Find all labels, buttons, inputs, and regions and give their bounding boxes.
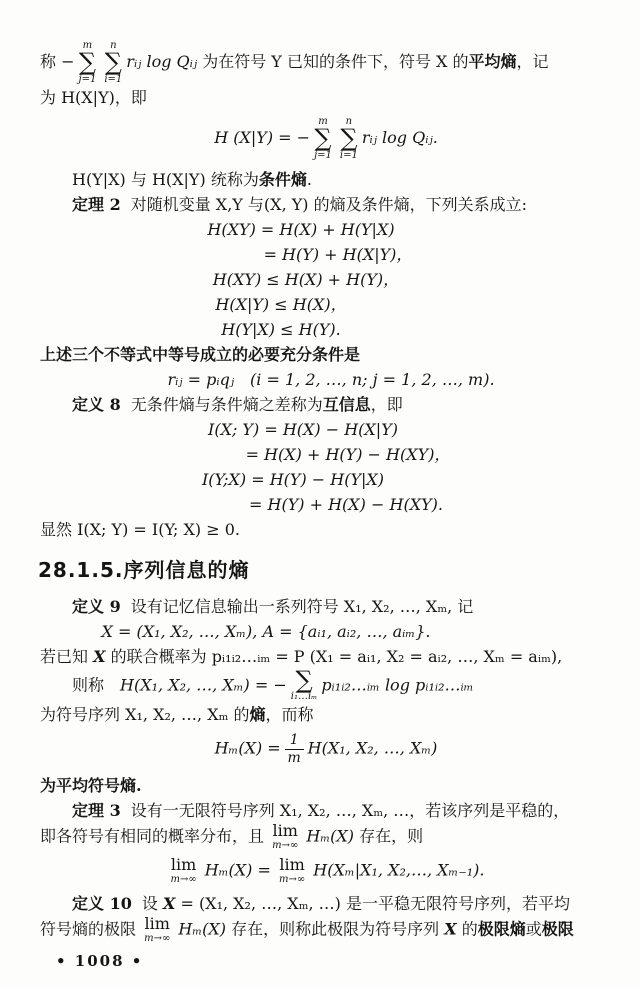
text-segment: 为符号序列 X₁, X₂, …, Xₘ 的 (40, 705, 250, 724)
fraction-denominator: m (288, 750, 301, 765)
sigma-icon: ∑ (295, 669, 312, 692)
lim-symbol: lim (144, 916, 169, 933)
definition10-statement-line2: 符号熵的极限 limm→∞ Hₘ(X) 存在，则称此极限为符号序列 X 的极限熵… (40, 916, 612, 944)
theorem2-eq3: H(XY) ≤ H(X) + H(Y)， (20, 267, 592, 292)
joint-probability-line: 若已知 X 的联合概率为 pᵢ₁ᵢ₂…ᵢₘ = P (X₁ = aᵢ₁, X₂ … (40, 644, 612, 669)
sum-lower-limit: i=1 (104, 74, 122, 85)
definition9-label: 定义 9 (72, 597, 121, 616)
definition9-text: 设有记忆信息输出一系列符号 X₁, X₂, …, Xₘ, 记 (131, 597, 474, 616)
text-segment: 的 (457, 919, 478, 938)
term-average-symbol-entropy: 平均符号熵 (56, 776, 136, 795)
sum-over-j: m∑j=1 (79, 40, 97, 85)
definition8-label: 定义 8 (72, 395, 121, 414)
theorem2-text: 对随机变量 X,Y 与(X, Y) 的熵及条件熵，下列关系成立: (131, 195, 527, 214)
fraction-one-over-m: 1m (285, 733, 304, 765)
term-entropy: 熵 (250, 705, 266, 724)
limit-operator: limm→∞ (279, 857, 305, 885)
lim-subscript: m→∞ (272, 840, 298, 851)
term-average-entropy: 平均熵 (469, 52, 517, 71)
sigma-icon: ∑ (105, 51, 122, 74)
conditional-entropy-line: H(Y|X) 与 H(X|Y) 统称为条件熵. (40, 167, 612, 192)
text-segment: 无条件熵与条件熵之差称为 (131, 395, 323, 414)
term-mutual-information: 互信息 (323, 395, 371, 414)
theorem2-eq1: H(XY) = H(X) + H(Y|X) (15, 217, 587, 242)
formula-rhs: H(X₁, X₂, …, Xₘ) (308, 739, 438, 758)
limit-operator: limm→∞ (170, 857, 196, 885)
text-segment: . (136, 776, 142, 795)
sum-over-indices: ∑i₁…iₘ (291, 669, 318, 703)
text-segment: 存在，则 (359, 827, 423, 846)
sum-over-i: n∑i=1 (340, 116, 358, 161)
term-conditional-entropy: 条件熵 (259, 170, 307, 189)
entropy-of-sequence-line: 为符号序列 X₁, X₂, …, Xₘ 的熵，而称 (40, 702, 612, 727)
text-segment: 若已知 (40, 647, 93, 666)
term-limit: 极限 (542, 919, 574, 938)
theorem3-label: 定理 3 (72, 801, 121, 820)
sum-over-j: m∑j=1 (314, 116, 332, 161)
lim-subscript: m→∞ (170, 874, 196, 885)
definition8-eq1: I(X; Y) = H(X) − H(X|Y) (17, 417, 589, 442)
theorem3-text: 设有一无限符号序列 X₁, X₂, …, Xₘ, …，若该序列是平稳的， (131, 801, 570, 820)
math-segment: Hₘ(X) = (200, 861, 276, 880)
scanned-textbook-page: 称 −m∑j=1n∑i=1rᵢⱼ log Qᵢⱼ 为在符号 Y 已知的条件下，符… (0, 0, 640, 988)
intro-line-2: 为 H(X|Y)，即 (40, 85, 612, 110)
math-segment: H(Xₘ|X₁, X₂,…, Xₘ₋₁). (308, 861, 484, 880)
limit-operator: limm→∞ (272, 823, 298, 851)
formula-lhs: H(X₁, X₂, …, Xₘ) = − (120, 675, 287, 694)
text-segment: 符号熵的极限 (40, 919, 141, 938)
sum-lower-limit: j=1 (314, 150, 332, 161)
formula-rhs: pᵢ₁ᵢ₂…ᵢₘ log pᵢ₁ᵢ₂…ᵢₘ (321, 675, 473, 694)
theorem2-label: 定理 2 (72, 195, 121, 214)
definition8-eq3: I(Y;X) = H(Y) − H(Y|X) (7, 467, 579, 492)
definition8-eq2: = H(X) + H(Y) − H(XY)， (62, 442, 634, 467)
theorem3-statement-line1: 定理 3设有一无限符号序列 X₁, X₂, …, Xₘ, …，若该序列是平稳的， (40, 798, 612, 823)
average-symbol-entropy-formula: Hₘ(X) =1mH(X₁, X₂, …, Xₘ) (40, 733, 612, 765)
lim-symbol: lim (272, 823, 297, 840)
sum-lower-limit: j=1 (79, 74, 97, 85)
formula-lhs: H (X|Y) = − (214, 128, 310, 147)
definition9-statement: 定义 9设有记忆信息输出一系列符号 X₁, X₂, …, Xₘ, 记 (40, 594, 612, 619)
vector-x-symbol: X (93, 647, 105, 666)
math-segment: rᵢⱼ log Qᵢⱼ (126, 52, 197, 71)
fraction-numerator: 1 (285, 733, 304, 750)
text-segment: . (307, 170, 312, 189)
text-segment: 或 (526, 919, 542, 938)
formula-rhs: rᵢⱼ log Qᵢⱼ. (362, 128, 438, 147)
text-segment: ，而称 (266, 705, 314, 724)
theorem2-eq5: H(Y|X) ≤ H(Y). (0, 317, 567, 342)
lim-symbol: lim (171, 857, 196, 874)
definition8-statement: 定义 8无条件熵与条件熵之差称为互信息，即 (40, 392, 612, 417)
lim-subscript: m→∞ (279, 874, 305, 885)
text-segment: 设 (142, 894, 163, 913)
theorem2-statement: 定理 2对随机变量 X,Y 与(X, Y) 的熵及条件熵，下列关系成立: (40, 192, 612, 217)
math-segment: Hₘ(X) (173, 919, 231, 938)
text-segment: = (X₁, X₂, …, Xₘ, …) 是一平稳无限符号序列，若平均 (175, 894, 570, 913)
text-segment: 存在，则称此极限为符号序列 (231, 919, 444, 938)
joint-entropy-formula: 则称 H(X₁, X₂, …, Xₘ) = −∑i₁…iₘpᵢ₁ᵢ₂…ᵢₘ lo… (40, 669, 612, 703)
math-segment: Hₘ(X) (301, 827, 359, 846)
intro-pre-text: 称 − (40, 52, 75, 71)
intro-after-text: 为在符号 Y 已知的条件下，符号 X 的 (197, 52, 468, 71)
sum-lower-limit: i=1 (340, 150, 358, 161)
text-segment: H(Y|X) 与 H(X|Y) 统称为 (72, 170, 259, 189)
sigma-icon: ∑ (79, 51, 96, 74)
text-segment: ，即 (371, 395, 403, 414)
page-number: • 1008 • (56, 949, 143, 974)
obviously-note: 显然 I(X; Y) = I(Y; X) ≥ 0. (40, 517, 612, 542)
limit-operator: limm→∞ (144, 916, 170, 944)
theorem3-limit-equation: limm→∞ Hₘ(X) = limm→∞ H(Xₘ|X₁, X₂,…, Xₘ₋… (40, 857, 612, 885)
section-heading: 28.1.5.序列信息的熵 (38, 556, 612, 584)
theorem2-eq2: = H(Y) + H(X|Y)， (52, 242, 624, 267)
definition10-statement-line1: 定义 10设 X = (X₁, X₂, …, Xₘ, …) 是一平稳无限符号序列… (40, 891, 612, 916)
formula-lhs: Hₘ(X) = (215, 739, 281, 758)
definition8-eq4: = H(Y) + H(X) − H(XY). (60, 492, 632, 517)
lim-symbol: lim (279, 857, 304, 874)
average-symbol-entropy-line: 为平均符号熵. (40, 773, 612, 798)
theorem2-eq4: H(X|Y) ≤ H(X)， (0, 292, 567, 317)
text-segment: 为 (40, 776, 56, 795)
vector-x-symbol: X (444, 919, 456, 938)
equality-condition-eq: rᵢⱼ = pᵢqⱼ (i = 1, 2, …, n; j = 1, 2, …,… (45, 367, 617, 392)
text-segment: 即各符号有相同的概率分布，且 (40, 827, 269, 846)
sum-over-i: n∑i=1 (104, 40, 122, 85)
math-segment: 的联合概率为 pᵢ₁ᵢ₂…ᵢₘ = P (X₁ = aᵢ₁, X₂ = aᵢ₂,… (106, 647, 563, 666)
sum-lower-limit: i₁…iₘ (291, 691, 318, 702)
then-called-text: 则称 (72, 675, 120, 694)
lim-subscript: m→∞ (144, 933, 170, 944)
definition10-label: 定义 10 (72, 894, 132, 913)
term-limit-entropy: 极限熵 (478, 919, 526, 938)
intro-tail-text: ，记 (517, 52, 549, 71)
sigma-icon: ∑ (314, 127, 331, 150)
formula-conditional-entropy: H (X|Y) = −m∑j=1n∑i=1rᵢⱼ log Qᵢⱼ. (40, 116, 612, 161)
definition9-sequence-eq: X = (X₁, X₂, …, Xₘ), A = {aᵢ₁, aᵢ₂, …, a… (0, 619, 552, 644)
vector-x-symbol: X (163, 894, 175, 913)
intro-line-1: 称 −m∑j=1n∑i=1rᵢⱼ log Qᵢⱼ 为在符号 Y 已知的条件下，符… (40, 40, 612, 85)
theorem3-statement-line2: 即各符号有相同的概率分布，且 limm→∞ Hₘ(X) 存在，则 (40, 823, 612, 851)
sigma-icon: ∑ (340, 127, 357, 150)
equality-condition-text: 上述三个不等式中等号成立的必要充分条件是 (40, 342, 612, 367)
